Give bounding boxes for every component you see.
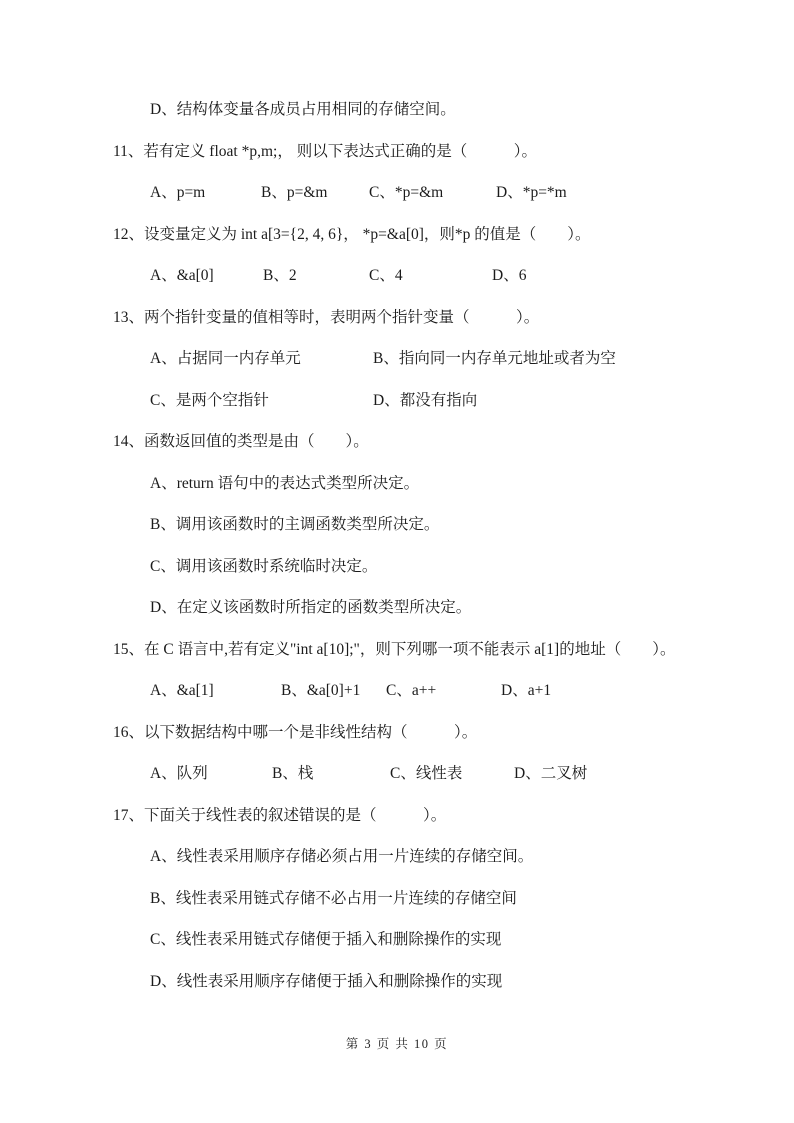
- q16-option-d: D、二叉树: [514, 764, 587, 783]
- q13-option-b: B、指向同一内存单元地址或者为空: [373, 349, 616, 368]
- question-11-text: 11、若有定义 float *p,m;， 则以下表达式正确的是（ ）。: [113, 142, 778, 161]
- q11-option-b: B、p=&m: [261, 183, 369, 202]
- q15-option-d: D、a+1: [501, 681, 551, 700]
- question-13-options-row2: C、是两个空指针D、都没有指向: [113, 391, 778, 410]
- question-10-option-d: D、结构体变量各成员占用相同的存储空间。: [113, 100, 778, 119]
- question-15-text: 15、在 C 语言中,若有定义"int a[10];"，则下列哪一项不能表示 a…: [113, 640, 778, 659]
- q11-option-a: A、p=m: [150, 183, 261, 202]
- question-16-text: 16、以下数据结构中哪一个是非线性结构（ ）。: [113, 723, 778, 742]
- question-15-options: A、&a[1]B、&a[0]+1C、a++D、a+1: [113, 681, 778, 700]
- question-14-text: 14、函数返回值的类型是由（ ）。: [113, 432, 778, 451]
- q13-option-a: A、占据同一内存单元: [150, 349, 373, 368]
- q12-option-d: D、6: [492, 266, 526, 285]
- question-16-options: A、队列B、栈C、线性表D、二叉树: [113, 764, 778, 783]
- q15-option-a: A、&a[1]: [150, 681, 281, 700]
- q14-option-b: B、调用该函数时的主调函数类型所决定。: [113, 515, 778, 534]
- q17-option-b: B、线性表采用链式存储不必占用一片连续的存储空间: [113, 889, 778, 908]
- q16-option-b: B、栈: [272, 764, 390, 783]
- q16-option-a: A、队列: [150, 764, 272, 783]
- q14-option-d: D、在定义该函数时所指定的函数类型所决定。: [113, 598, 778, 617]
- question-13-text: 13、两个指针变量的值相等时，表明两个指针变量（ ）。: [113, 308, 778, 327]
- q11-option-c: C、*p=&m: [369, 183, 496, 202]
- q12-option-b: B、2: [263, 266, 369, 285]
- q16-option-c: C、线性表: [390, 764, 514, 783]
- q15-option-b: B、&a[0]+1: [281, 681, 386, 700]
- q12-option-a: A、&a[0]: [150, 266, 263, 285]
- q12-option-c: C、4: [369, 266, 492, 285]
- question-17-text: 17、下面关于线性表的叙述错误的是（ ）。: [113, 806, 778, 825]
- question-13-options-row1: A、占据同一内存单元B、指向同一内存单元地址或者为空: [113, 349, 778, 368]
- q13-option-d: D、都没有指向: [373, 391, 477, 410]
- question-12-options: A、&a[0]B、2C、4D、6: [113, 266, 778, 285]
- page-footer: 第 3 页 共 10 页: [0, 1034, 794, 1052]
- q17-option-c: C、线性表采用链式存储便于插入和删除操作的实现: [113, 930, 778, 949]
- exam-content: D、结构体变量各成员占用相同的存储空间。 11、若有定义 float *p,m;…: [113, 100, 778, 1013]
- question-12-text: 12、设变量定义为 int a[3={2, 4, 6}， *p=&a[0]，则*…: [113, 225, 778, 244]
- q14-option-c: C、调用该函数时系统临时决定。: [113, 557, 778, 576]
- q15-option-c: C、a++: [386, 681, 501, 700]
- q14-option-a: A、return 语句中的表达式类型所决定。: [113, 474, 778, 493]
- q17-option-d: D、线性表采用顺序存储便于插入和删除操作的实现: [113, 972, 778, 991]
- q13-option-c: C、是两个空指针: [150, 391, 373, 410]
- q17-option-a: A、线性表采用顺序存储必须占用一片连续的存储空间。: [113, 847, 778, 866]
- question-11-options: A、p=mB、p=&mC、*p=&mD、*p=*m: [113, 183, 778, 202]
- q11-option-d: D、*p=*m: [496, 183, 567, 202]
- document-page: D、结构体变量各成员占用相同的存储空间。 11、若有定义 float *p,m;…: [0, 0, 794, 1123]
